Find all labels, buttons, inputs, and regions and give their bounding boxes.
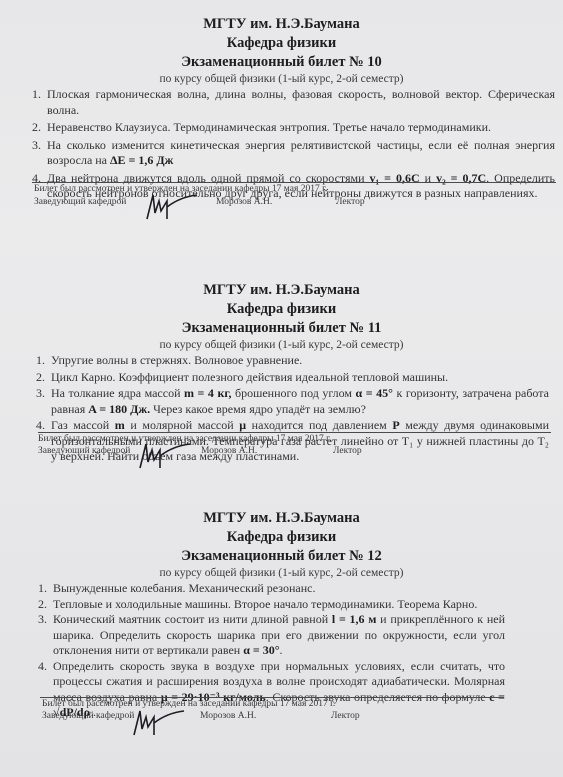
university-name: МГТУ им. Н.Э.Баумана: [0, 281, 563, 300]
lecturer-label: Лектор: [333, 445, 362, 457]
question-1: 1.Плоская гармоническая волна, длина вол…: [47, 87, 555, 118]
course-info: по курсу общей физики (1-ый курс, 2-ой с…: [0, 566, 563, 581]
lecturer-label: Лектор: [336, 196, 365, 208]
department-name: Кафедра физики: [0, 528, 563, 547]
question-2: 2.Тепловые и холодильные машины. Второе …: [53, 597, 505, 613]
exam-ticket-10: МГТУ им. Н.Э.Баумана Кафедра физики Экза…: [0, 15, 563, 202]
question-3: 3.На сколько изменится кинетическая энер…: [47, 138, 555, 169]
question-1: 1.Вынужденные колебания. Механический ре…: [53, 581, 505, 597]
signature-icon: [132, 707, 192, 737]
ticket-title: Экзаменационный билет № 11: [0, 319, 563, 338]
question-3: 3.На толкание ядра массой m = 4 кг, брош…: [51, 386, 549, 417]
head-name: Морозов А.Н.: [200, 710, 256, 722]
question-2: 2.Неравенство Клаузиуса. Термодинамическ…: [47, 120, 555, 136]
department-name: Кафедра физики: [0, 34, 563, 53]
head-label: Заведующий кафедрой: [34, 196, 126, 208]
head-label: Заведующий кафедрой: [38, 445, 130, 457]
head-name: Морозов А.Н.: [216, 196, 272, 208]
ticket-title: Экзаменационный билет № 12: [0, 547, 563, 566]
question-2: 2.Цикл Карно. Коэффициент полезного дейс…: [51, 370, 549, 386]
course-info: по курсу общей физики (1-ый курс, 2-ой с…: [0, 338, 563, 353]
lecturer-label: Лектор: [331, 710, 360, 722]
university-name: МГТУ им. Н.Э.Баумана: [0, 15, 563, 34]
head-label: Заведующий кафедрой: [42, 710, 134, 722]
signature-icon: [145, 191, 205, 221]
university-name: МГТУ им. Н.Э.Баумана: [0, 509, 563, 528]
head-name: Морозов А.Н.: [201, 445, 257, 457]
exam-ticket-12: МГТУ им. Н.Э.Баумана Кафедра физики Экза…: [0, 509, 563, 721]
signature-icon: [138, 440, 198, 470]
department-name: Кафедра физики: [0, 300, 563, 319]
course-info: по курсу общей физики (1-ый курс, 2-ой с…: [0, 72, 563, 87]
question-3: 3.Конический маятник состоит из нити дли…: [53, 612, 505, 659]
ticket-title: Экзаменационный билет № 10: [0, 53, 563, 72]
question-1: 1.Упругие волны в стержнях. Волновое ура…: [51, 353, 549, 369]
